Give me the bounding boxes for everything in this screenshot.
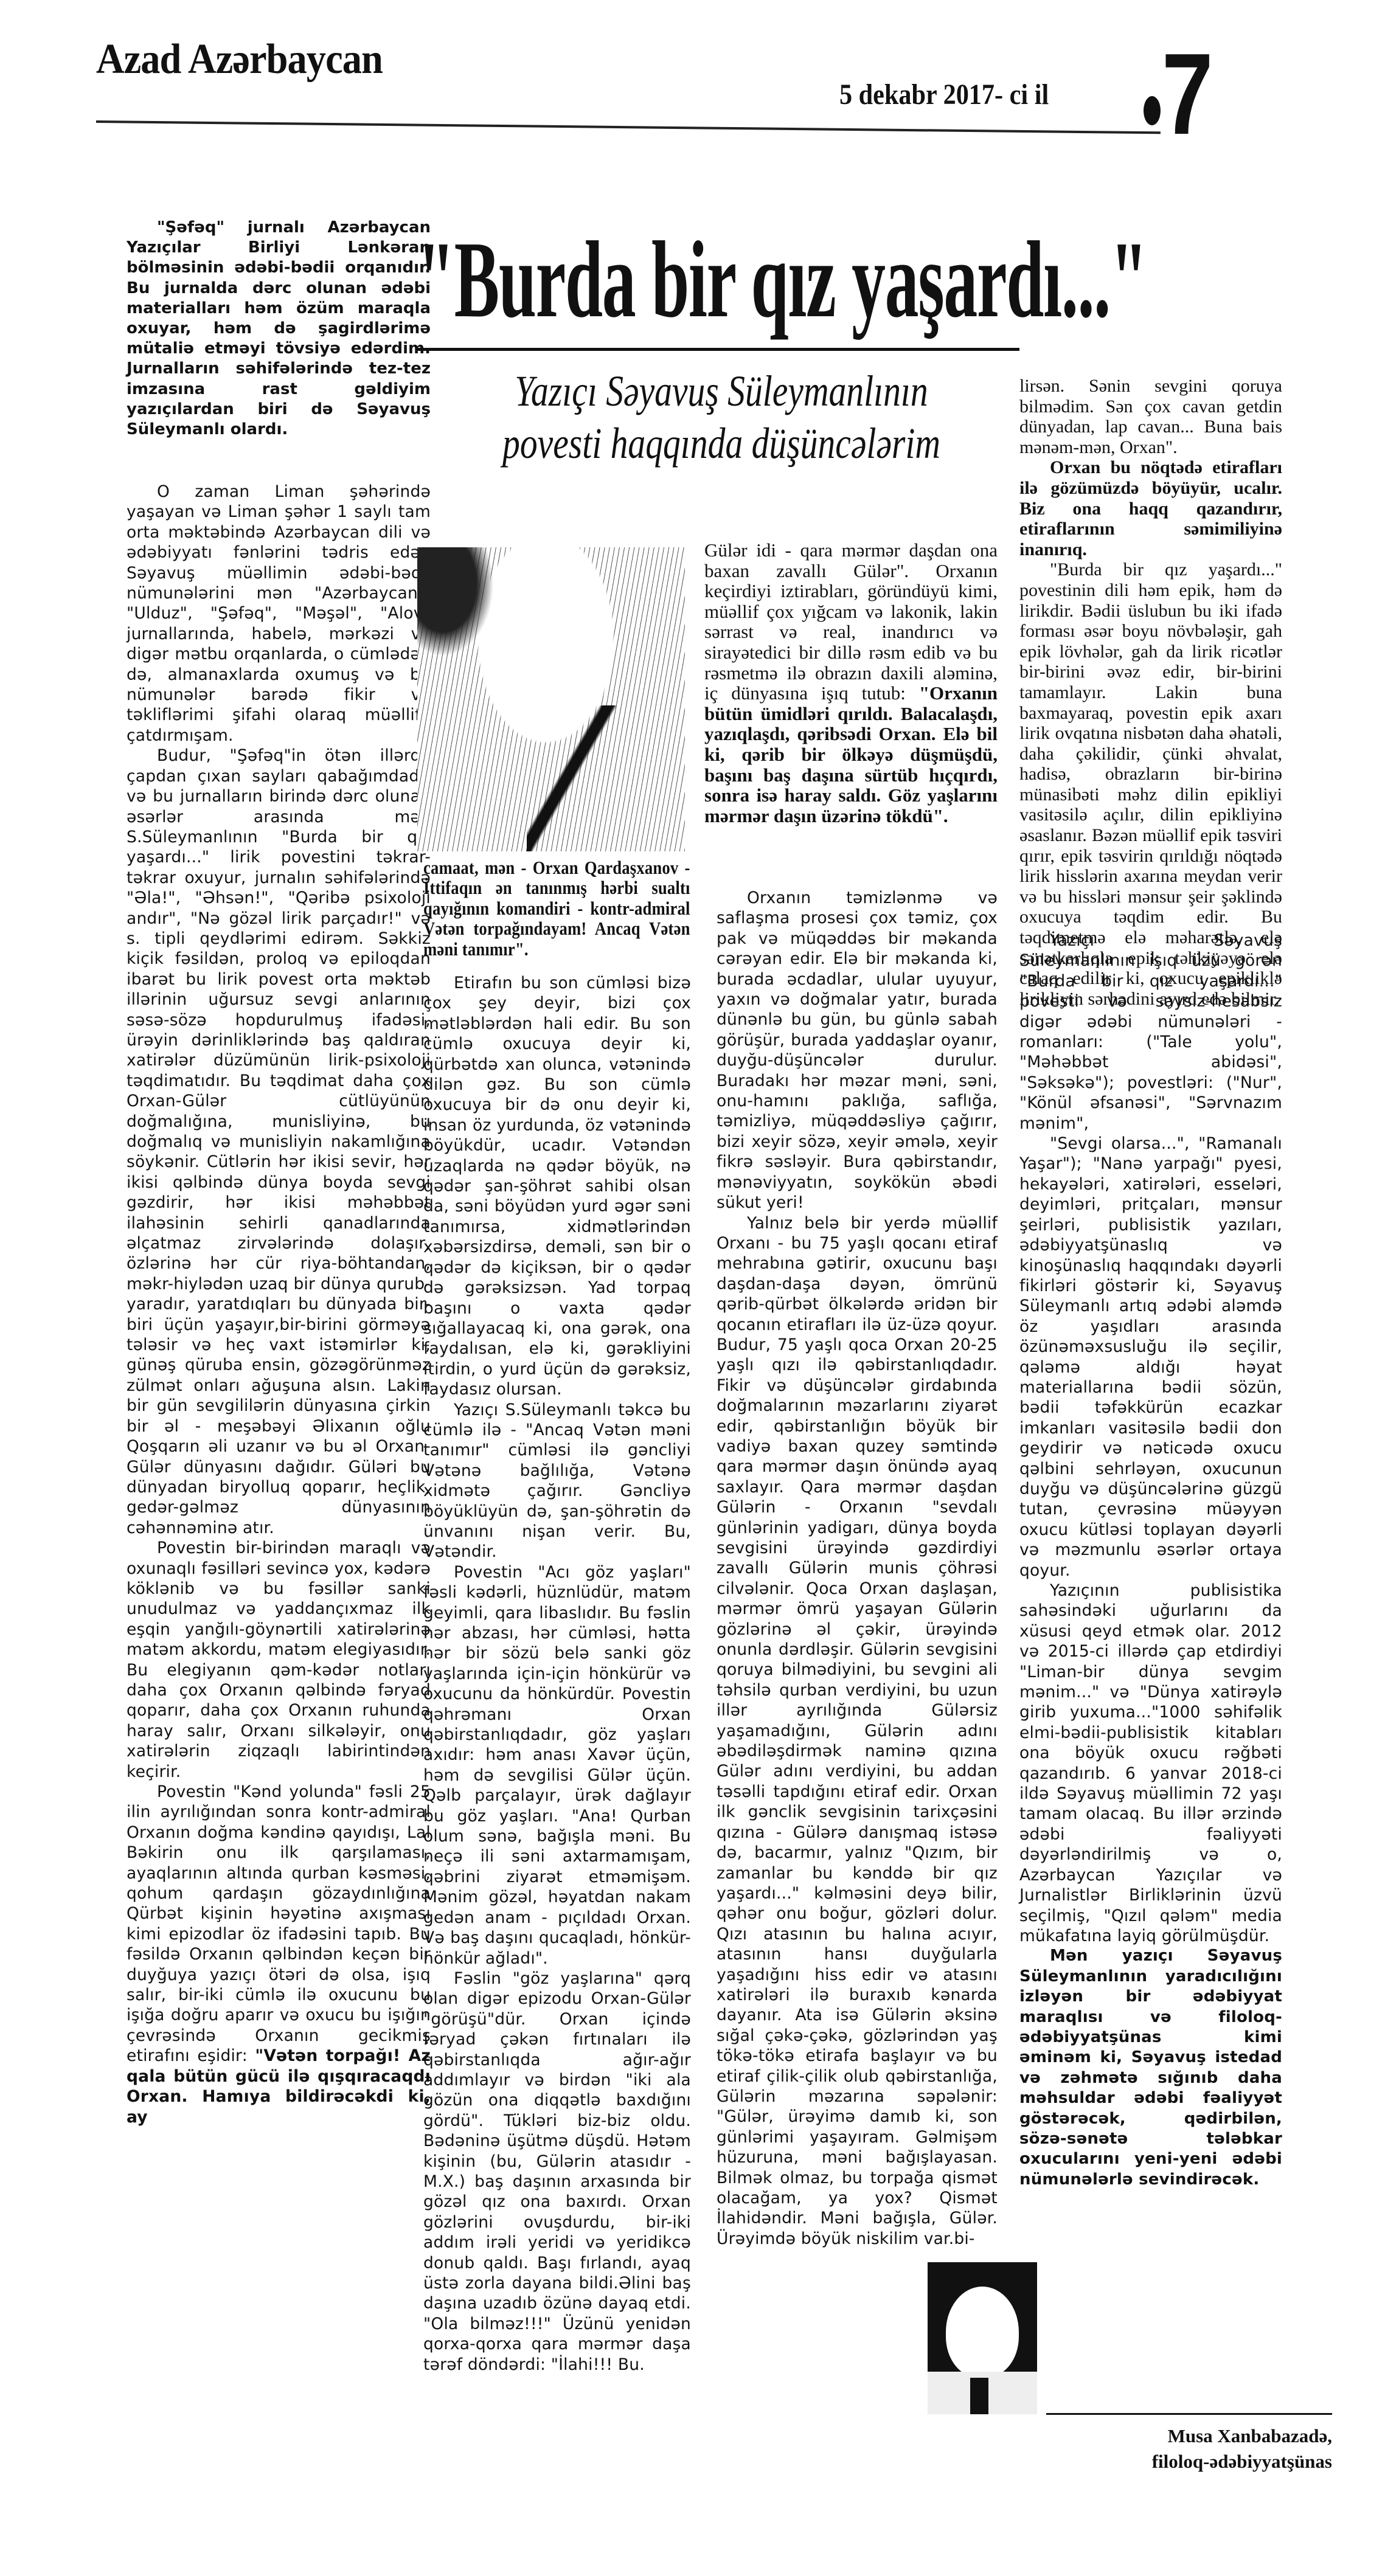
- paragraph: Gülər idi - qara mərmər daşdan ona baxan…: [704, 540, 998, 826]
- paragraph: Fəslin "göz yaşlarına" qərq olan digər e…: [423, 1968, 691, 2375]
- paragraph: Budur, "Şəfəq"in ötən illərdə çapdan çıx…: [127, 746, 431, 1538]
- bullet-dot-icon: [1144, 96, 1161, 125]
- photo-detail: [946, 2287, 1019, 2378]
- paragraph: Yazıçı S.Süleymanlı təkcə bu cümlə ilə -…: [423, 1400, 691, 1562]
- article-column-2: camaat, mən - Orxan Qardaşxanov - İttifa…: [423, 857, 691, 959]
- closing-bold-paragraph: Mən yazıçı Səyavuş Süleymanlının yaradıc…: [1019, 1946, 1282, 2190]
- article-subheadline: Yazıçı Səyavuş Süleymanlının povesti haq…: [478, 365, 965, 469]
- author-signature: Musa Xanbabazadə, filoloq-ədəbiyyatşünas: [1046, 2423, 1332, 2474]
- headline-divider: [417, 348, 1019, 351]
- paragraph: O zaman Liman şəhərində yaşayan və Liman…: [127, 482, 431, 746]
- intro-paragraph: "Şəfəq" jurnalı Azərbaycan Yazıçılar Bir…: [127, 218, 431, 440]
- article-column-4-body: Yazıçı Səyavuş Süleymanlının işıq üzü gö…: [1019, 930, 1282, 2190]
- article-column-1-body: O zaman Liman şəhərində yaşayan və Liman…: [127, 482, 431, 2127]
- article-headline: "Burda bir qız yaşardı...": [417, 225, 1147, 334]
- paragraph: Yazıçı Səyavuş Süleymanlının işıq üzü gö…: [1019, 930, 1282, 1134]
- paragraph: lirsən. Sənin sevgini qoruya bilmədim. S…: [1019, 376, 1282, 457]
- masthead-divider: [96, 120, 1161, 134]
- article-column-3-body: Orxanın təmizlənmə və saflaşma prosesi ç…: [717, 888, 998, 2249]
- quote-bold: "Orxanın bütün ümidləri qırıldı. Balacal…: [704, 682, 998, 826]
- issue-date: 5 dekabr 2017- ci il: [839, 78, 1049, 111]
- newspaper-title: Azad Azərbaycan: [96, 35, 383, 84]
- paragraph: Yalnız belə bir yerdə müəllif Orxanı - b…: [717, 1213, 998, 2249]
- quote-bold-paragraph: camaat, mən - Orxan Qardaşxanov - İttifa…: [423, 857, 691, 959]
- author-title: filoloq-ədəbiyyatşünas: [1046, 2449, 1332, 2474]
- paragraph: Etirafın bu son cümləsi bizə çox şey dey…: [423, 973, 691, 1400]
- photo-detail: [970, 2378, 988, 2414]
- article-column-2-body: Etirafın bu son cümləsi bizə çox şey dey…: [423, 973, 691, 2375]
- author-portrait-photo: [928, 2262, 1037, 2414]
- signature-divider: [1046, 2413, 1332, 2415]
- page-number: 7: [1162, 36, 1213, 152]
- article-column-1: "Şəfəq" jurnalı Azərbaycan Yazıçılar Bir…: [127, 218, 431, 440]
- paragraph: Orxanın təmizlənmə və saflaşma prosesi ç…: [717, 888, 998, 1213]
- author-name: Musa Xanbabazadə,: [1046, 2423, 1332, 2449]
- article-column-3: Gülər idi - qara mərmər daşdan ona baxan…: [704, 540, 998, 826]
- paragraph: "Sevgi olarsa...", "Ramanalı Yaşar"); "N…: [1019, 1134, 1282, 1581]
- bold-paragraph: Orxan bu nöqtədə etirafları ilə gözümüzd…: [1019, 457, 1282, 559]
- paragraph-text: Povestin "Kənd yolunda" fəsli 25 ilin ay…: [127, 1782, 431, 2065]
- paragraph: Povestin "Kənd yolunda" fəsli 25 ilin ay…: [127, 1782, 431, 2127]
- paragraph: Povestin bir-birindən maraqlı və oxunaql…: [127, 1538, 431, 1782]
- article-column-4: lirsən. Sənin sevgini qoruya bilmədim. S…: [1019, 376, 1282, 1009]
- writer-portrait-photo: [417, 547, 685, 851]
- photo-detail: [417, 547, 502, 669]
- paragraph: Povestin "Acı göz yaşları" fəsli kədərli…: [423, 1562, 691, 1968]
- photo-detail: [527, 705, 624, 851]
- paragraph: Yazıçının publisistika sahəsindəki uğurl…: [1019, 1581, 1282, 1946]
